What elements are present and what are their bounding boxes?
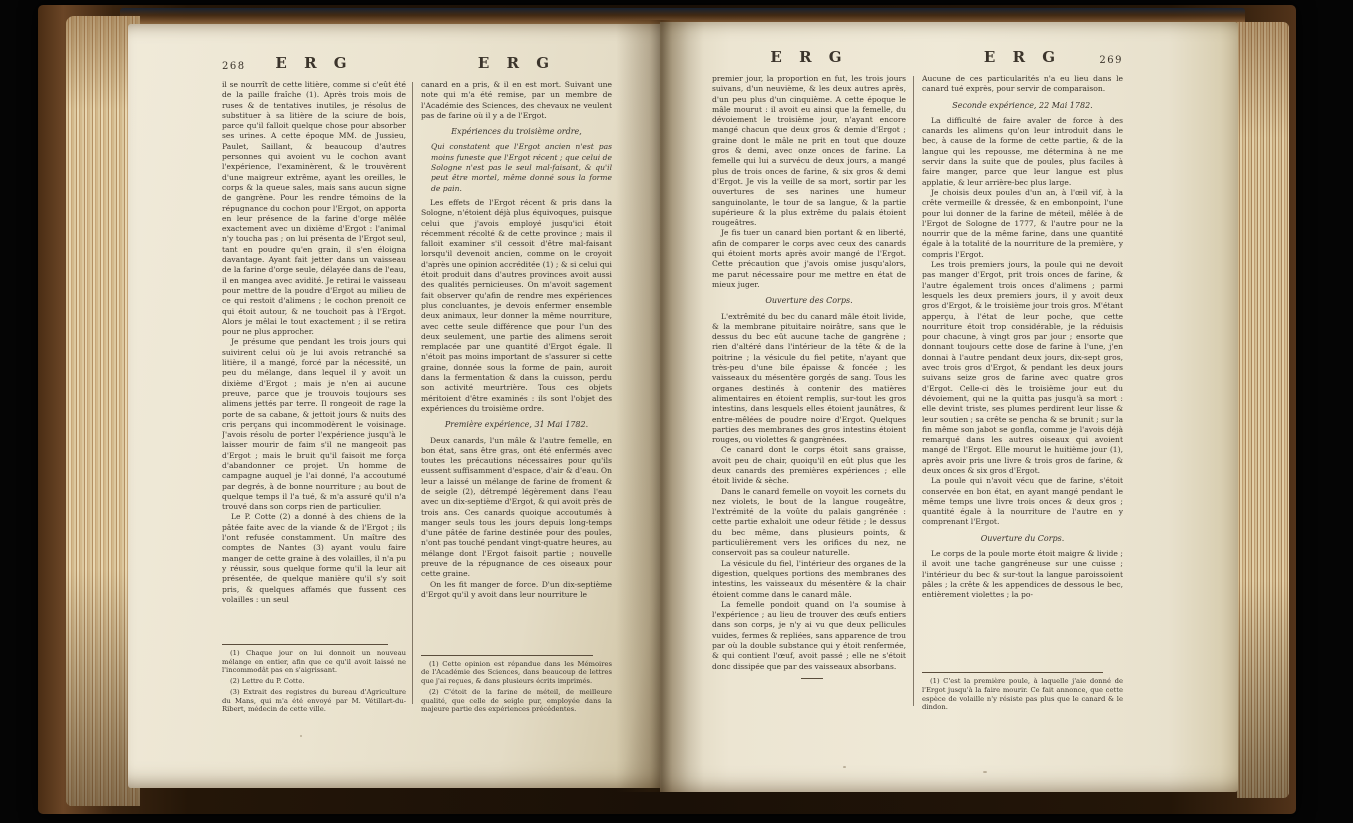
footnote-rule (922, 672, 1103, 673)
argument-summary: Qui constatent que l'Ergot ancien n'est … (421, 142, 612, 193)
body-paragraph: Je fis tuer un canard bien portant & en … (712, 228, 906, 290)
end-rule (801, 678, 823, 679)
body-paragraph: Les effets de l'Ergot récent & pris dans… (421, 198, 612, 414)
page-269-column-2: E R G 269 Aucune de ces particularités n… (922, 48, 1123, 712)
body-paragraph: La vésicule du fiel, l'intérieur des org… (712, 559, 906, 600)
page-269-column-1: E R G premier jour, la proportion en fut… (712, 48, 906, 712)
footnote: (2) Lettre du P. Cotte. (222, 677, 406, 686)
body-paragraph: Dans le canard femelle on voyoit les cor… (712, 487, 906, 559)
column-divider-rule-left-page (412, 82, 413, 704)
body-paragraph: Aucune de ces particularités n'a eu lieu… (922, 74, 1123, 95)
body-paragraph: On les fit manger de force. D'un dix-sep… (421, 580, 612, 601)
footnote-rule (222, 644, 388, 645)
page-number-268: 268 (222, 58, 246, 76)
column-footnotes: (1) Cette opinion est répandue dans les … (421, 649, 612, 714)
body-paragraph: canard en a pris, & il en est mort. Suiv… (421, 80, 612, 121)
body-paragraph: Les trois premiers jours, la poule qui n… (922, 260, 1123, 476)
body-paragraph: La poule qui n'avoit vécu que de farine,… (922, 476, 1123, 527)
page-268-column-2: E R G canard en a pris, & il en est mort… (421, 54, 612, 714)
running-head-left: 268 E R G (222, 54, 406, 72)
body-paragraph: La femelle pondoit quand on l'a soumise … (712, 600, 906, 672)
column-body: canard en a pris, & il en est mort. Suiv… (421, 80, 612, 649)
footnote: (1) C'est la première poule, à laquelle … (922, 677, 1123, 712)
footnote: (3) Extrait des registres du bureau d'Ag… (222, 688, 406, 714)
book-photograph: 268 E R G il se nourrît de cette litière… (0, 0, 1353, 823)
section-heading: Seconde expérience, 22 Mai 1782. (922, 101, 1123, 111)
body-paragraph: La difficulté de faire avaler de force à… (922, 116, 1123, 188)
running-head-text: E R G (984, 48, 1061, 66)
body-paragraph: Le corps de la poule morte étoit maigre … (922, 549, 1123, 600)
section-heading: Ouverture des Corps. (712, 296, 906, 306)
column-footnotes: (1) Chaque jour on lui donnoit un nouvea… (222, 638, 406, 714)
section-heading: Première expérience, 31 Mai 1782. (421, 420, 612, 430)
running-head-text: E R G (770, 48, 847, 66)
running-head-right-inner: E R G (712, 48, 906, 66)
running-head-text: E R G (478, 54, 555, 72)
fore-edge-right-page-stack (1237, 22, 1289, 798)
footnote: (1) Chaque jour on lui donnoit un nouvea… (222, 649, 406, 675)
running-head-text: E R G (275, 54, 352, 72)
body-paragraph: Ce canard dont le corps étoit sans grais… (712, 445, 906, 486)
body-paragraph: Je présume que pendant les trois jours q… (222, 337, 406, 512)
footnote: (2) C'étoit de la farine de méteil, de m… (421, 688, 612, 714)
column-divider-rule-right-page (913, 76, 914, 706)
column-body: premier jour, la proportion en fut, les … (712, 74, 906, 712)
section-heading: Expériences du troisième ordre, (421, 127, 612, 137)
body-paragraph: il se nourrît de cette litière, comme si… (222, 80, 406, 337)
body-paragraph: L'extrêmité du bec du canard mâle étoit … (712, 312, 906, 446)
page-268-column-1: 268 E R G il se nourrît de cette litière… (222, 54, 406, 714)
body-paragraph: Deux canards, l'un mâle & l'autre femell… (421, 436, 612, 580)
body-paragraph: Le P. Cotte (2) a donné à des chiens de … (222, 512, 406, 605)
body-paragraph: Je choisis deux poules d'un an, à l'œil … (922, 188, 1123, 260)
column-body: il se nourrît de cette litière, comme si… (222, 80, 406, 638)
page-number-269: 269 (1099, 52, 1123, 70)
running-head-left-inner: E R G (421, 54, 612, 72)
footnote-rule (421, 655, 593, 656)
footnote: (1) Cette opinion est répandue dans les … (421, 660, 612, 686)
column-body: Aucune de ces particularités n'a eu lieu… (922, 74, 1123, 666)
section-heading: Ouverture du Corps. (922, 534, 1123, 544)
column-footnotes: (1) C'est la première poule, à laquelle … (922, 666, 1123, 712)
running-head-right: E R G 269 (922, 48, 1123, 66)
body-paragraph: premier jour, la proportion en fut, les … (712, 74, 906, 228)
